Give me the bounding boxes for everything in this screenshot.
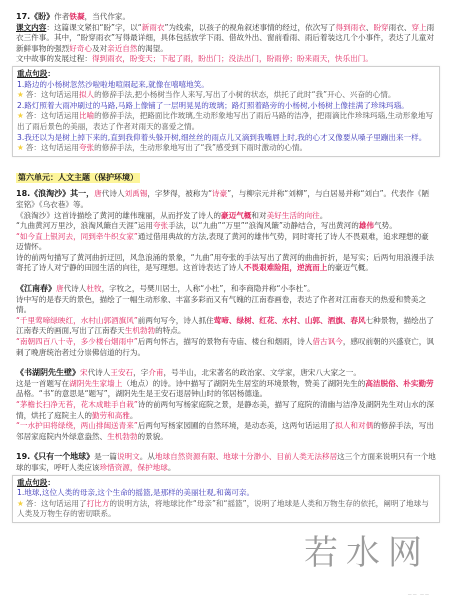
huyin-title: 《书湖阴先生壁》宋代诗人王安石，字介甫，号半山，北宋著名的政治家、文学家，唐宋八… (16, 368, 436, 379)
s17-key-sentences-box: 重点句段： 1.路边的小杨树忽然沙啦啦地喧闹起来,就像在嘻嘻地笑。 ★答：这句话… (12, 66, 440, 157)
star-icon: ★ (17, 143, 24, 152)
unit-six-heading: 第六单元：人文主题（保护环境） (16, 173, 140, 184)
s19-title: 19.《只有一个地球》是一篇说明文。从地球自然资源有限、地球十分渺小、目前人类无… (16, 452, 436, 473)
answer-1: ★答：这句话运用拟人的修辞手法,把小杨树当作人来写,写出了小树的状态，烘托了此时… (17, 90, 435, 101)
huyin-line-4: “一水护田将绿绕，两山排闼送青来”后两句写杨家园圃的自然环境，是动态美，这两句话… (16, 421, 436, 442)
key-sentence-1: 1.地球,这位人类的母亲,这个生命的摇篮,是那样的美丽壮观,和蔼可亲。 (17, 488, 435, 499)
s18-title: 18.《浪淘沙》其一，唐代诗人刘禹锡，字梦得，被称为“诗豪”，与柳宗元并称“刘柳… (16, 189, 436, 210)
jiangnan-line-4: “南朝四百八十寺，多少楼台烟雨中”后两句怀古，描写的景物有寺庙、楼台和烟雨，诗人… (16, 337, 436, 358)
answer-3: ★答：这句话运用夸张的修辞手法，生动形象地写出了“我”感受到下雨时激动的心情。 (17, 143, 435, 154)
key-sentences-label: 重点句段 (17, 478, 47, 487)
answer-1: ★答：这句话运用了打比方的说明方法，将地球比作“母亲”和“摇篮”，说明了地球是人… (17, 499, 435, 520)
key-sentence-2: 2.路灯照着大雨冲刷过的马路,马路上像铺了一层明晃晃的玻璃；路灯照着路旁的小杨树… (17, 101, 435, 112)
huyin-line-2: 这是一首题写在湖阴先生家墙上（地点）的诗。诗中描写了湖阴先生居室的环境景物，赞美… (16, 379, 436, 400)
key-sentence-1: 1.路边的小杨树忽然沙啦啦地喧闹起来,就像在嘻嘻地笑。 (17, 80, 435, 91)
s19-key-sentences-box: 重点句段： 1.地球,这位人类的母亲,这个生命的摇篮,是那样的美丽壮观,和蔼可亲… (12, 475, 440, 523)
s18-line-5: 诗的前两句描写了黄河曲折迂回，风急浪涌的景象，“九曲”用夸张的手法写出了黄河的曲… (16, 253, 436, 274)
star-icon: ★ (17, 499, 24, 508)
document-page: 17.《盼》作者铁凝，当代作家。 课文内容：这篇课文紧扣“盼”字，以“新雨衣”为… (16, 0, 436, 523)
jiangnan-line-2: 诗中写的是春天的景色，描绘了一幅生动形象、丰富多彩而又有气魄的江南春画卷，表达了… (16, 295, 436, 316)
s17-content: 课文内容：这篇课文紧扣“盼”字，以“新雨衣”为线索，以孩子的视角叙述事情的经过，… (16, 23, 436, 55)
star-icon: ★ (17, 111, 24, 120)
answer-2: ★答：这句话运用比喻的修辞手法，把路面比作玻璃,生动形象地写出了雨后马路的洁净，… (17, 111, 435, 132)
s17-title: 17.《盼》作者铁凝，当代作家。 (16, 12, 436, 23)
s18-line-2: 《浪淘沙》这首诗描绘了黄河的雄伟瑰丽，从而抒发了诗人的豪迈气概和对美好生活的向往… (16, 211, 436, 222)
jiangnan-line-3: “千里莺啼绿映红，水村山郭酒旗风”前两句写今，诗人抓住莺啼、绿树、红花、水村、山… (16, 316, 436, 337)
watermark-logo: 若水网 (304, 548, 430, 559)
s18-line-4: “如今直上银河去，同到牵牛织女家”通过借用典故的方法,表现了黄河的雄伟气势，同时… (16, 232, 436, 253)
key-sentence-3: 3.我还以为是树上掉下来的,直到我仰着头躲开树,细丝丝的雨点儿又滴到我嘴唇上时,… (17, 133, 435, 144)
jiangnan-title: 《江南春》唐代诗人杜牧，字牧之，号樊川居士，人称“小杜”，和李商隐并称“小李杜”… (16, 284, 436, 295)
huyin-line-3: “茅檐长扫净无苔，花木成畦手自栽”诗的前两句写杨家庭院之景，是静态美，描写了庭院… (16, 400, 436, 421)
s17-process: 文中故事的发展过程：得到雨衣，盼变天；下起了雨，盼出门；没法出门，盼雨停；盼来雨… (16, 54, 436, 65)
star-icon: ★ (17, 90, 24, 99)
watermark-subtext: —— —— (408, 590, 430, 601)
key-sentences-label: 重点句段 (17, 69, 47, 78)
s18-line-3: “九曲黄河万里沙，浪淘风簸自天涯”运用夸张手法，以“九曲”“万里”“浪淘风簸”动… (16, 221, 436, 232)
